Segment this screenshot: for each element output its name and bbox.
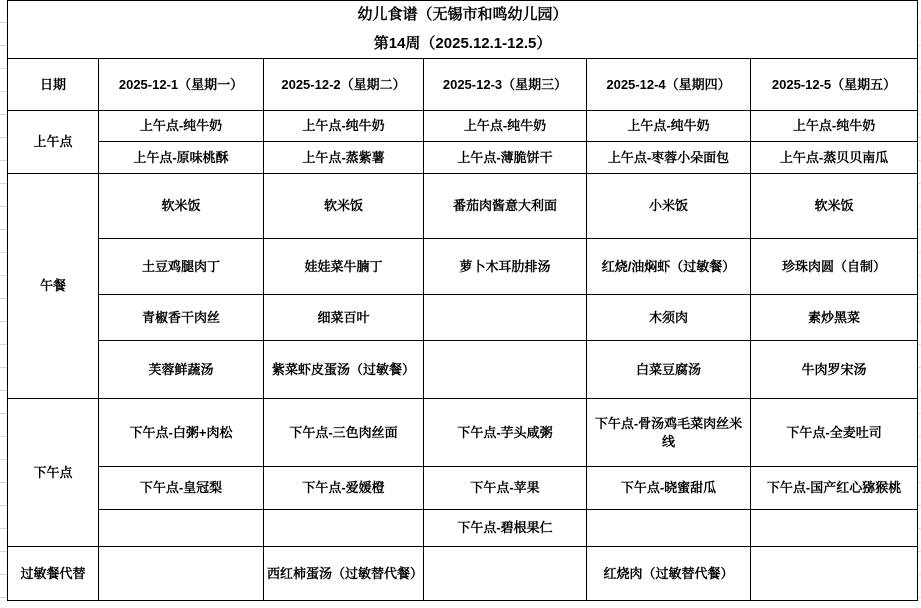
menu-cell xyxy=(424,295,587,341)
menu-cell: 下午点-全麦吐司 xyxy=(751,399,918,467)
menu-cell xyxy=(424,341,587,399)
menu-cell: 下午点-晓蜜甜瓜 xyxy=(587,467,751,510)
menu-cell: 软米饭 xyxy=(264,174,424,239)
menu-cell: 番茄肉酱意大利面 xyxy=(424,174,587,239)
section-label-lunch: 午餐 xyxy=(8,174,99,399)
menu-cell: 紫菜虾皮蛋汤（过敏餐） xyxy=(264,341,424,399)
day-header-tuesday: 2025-12-2（星期二） xyxy=(264,59,424,111)
menu-cell xyxy=(264,510,424,547)
menu-cell: 上午点-纯牛奶 xyxy=(751,111,918,142)
menu-cell xyxy=(751,547,918,601)
day-header-thursday: 2025-12-4（星期四） xyxy=(587,59,751,111)
menu-cell: 细菜百叶 xyxy=(264,295,424,341)
menu-cell: 木须肉 xyxy=(587,295,751,341)
menu-cell: 上午点-纯牛奶 xyxy=(587,111,751,142)
section-label-allergy-substitute: 过敏餐代替 xyxy=(8,547,99,601)
menu-cell: 下午点-国产红心猕猴桃 xyxy=(751,467,918,510)
menu-cell xyxy=(99,510,264,547)
date-header: 日期 xyxy=(8,59,99,111)
day-header-friday: 2025-12-5（星期五） xyxy=(751,59,918,111)
section-label-morning-snack: 上午点 xyxy=(8,111,99,174)
week-subtitle: 第14周（2025.12.1-12.5） xyxy=(8,30,918,59)
menu-cell: 上午点-纯牛奶 xyxy=(424,111,587,142)
menu-cell: 软米饭 xyxy=(99,174,264,239)
spreadsheet-gridlines-left xyxy=(0,0,7,608)
menu-cell: 牛肉罗宋汤 xyxy=(751,341,918,399)
menu-cell: 下午点-碧根果仁 xyxy=(424,510,587,547)
day-header-wednesday: 2025-12-3（星期三） xyxy=(424,59,587,111)
menu-cell: 白菜豆腐汤 xyxy=(587,341,751,399)
menu-cell: 萝卜木耳肋排汤 xyxy=(424,239,587,295)
menu-cell: 上午点-蒸紫薯 xyxy=(264,142,424,174)
menu-cell: 下午点-三色肉丝面 xyxy=(264,399,424,467)
menu-cell: 上午点-薄脆饼干 xyxy=(424,142,587,174)
day-header-monday: 2025-12-1（星期一） xyxy=(99,59,264,111)
menu-cell: 西红柿蛋汤（过敏替代餐） xyxy=(264,547,424,601)
menu-cell: 下午点-白粥+肉松 xyxy=(99,399,264,467)
menu-cell: 珍珠肉圆（自制） xyxy=(751,239,918,295)
menu-cell: 软米饭 xyxy=(751,174,918,239)
page-title: 幼儿食谱（无锡市和鸣幼儿园） xyxy=(8,1,918,30)
menu-cell xyxy=(751,510,918,547)
menu-cell: 上午点-纯牛奶 xyxy=(264,111,424,142)
menu-cell: 上午点-原味桃酥 xyxy=(99,142,264,174)
menu-cell: 红烧肉（过敏替代餐） xyxy=(587,547,751,601)
menu-cell: 下午点-爱媛橙 xyxy=(264,467,424,510)
menu-cell: 下午点-皇冠梨 xyxy=(99,467,264,510)
menu-cell xyxy=(424,547,587,601)
menu-cell xyxy=(587,510,751,547)
menu-cell: 下午点-骨汤鸡毛菜肉丝米线 xyxy=(587,399,751,467)
menu-cell: 芙蓉鲜蔬汤 xyxy=(99,341,264,399)
section-label-afternoon-snack: 下午点 xyxy=(8,399,99,547)
menu-cell: 下午点-苹果 xyxy=(424,467,587,510)
menu-cell: 上午点-蒸贝贝南瓜 xyxy=(751,142,918,174)
menu-cell: 下午点-芋头咸粥 xyxy=(424,399,587,467)
menu-cell: 娃娃菜牛腩丁 xyxy=(264,239,424,295)
menu-cell xyxy=(99,547,264,601)
menu-cell: 上午点-纯牛奶 xyxy=(99,111,264,142)
menu-cell: 红烧/油焖虾（过敏餐） xyxy=(587,239,751,295)
menu-cell: 土豆鸡腿肉丁 xyxy=(99,239,264,295)
menu-cell: 小米饭 xyxy=(587,174,751,239)
menu-cell: 青椒香干肉丝 xyxy=(99,295,264,341)
kindergarten-menu-table: 幼儿食谱（无锡市和鸣幼儿园） 第14周（2025.12.1-12.5） 日期 2… xyxy=(7,0,918,601)
menu-cell: 素炒黑菜 xyxy=(751,295,918,341)
menu-cell: 上午点-枣蓉小朵面包 xyxy=(587,142,751,174)
